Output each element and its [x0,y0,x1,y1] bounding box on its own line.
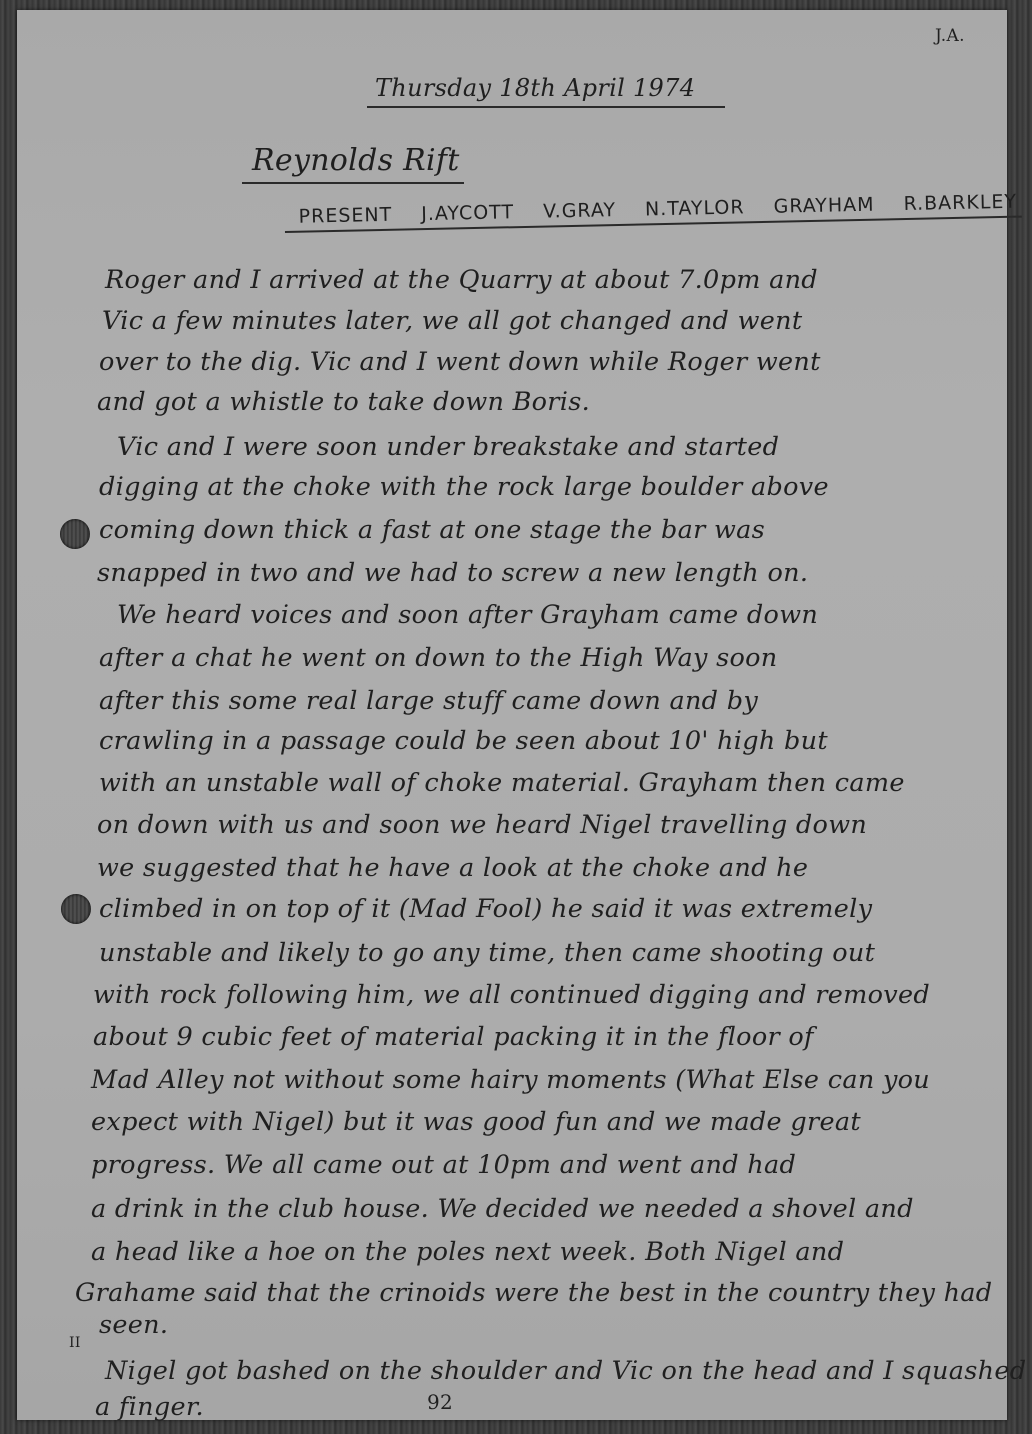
attendee: J.AYCOTT [421,201,514,225]
punch-hole-top [60,519,90,549]
present-label: PRESENT [298,204,392,228]
body-line: after a chat he went on down to the High… [99,643,778,673]
attendee: R.BARKLEY [903,191,1017,215]
body-line: with rock following him, we all continue… [93,980,930,1010]
body-line: and got a whistle to take down Boris. [97,387,590,417]
attendee: GRAYHAM [773,194,874,218]
footnote-marker: II [69,1335,81,1351]
body-line: crawling in a passage could be seen abou… [99,726,828,756]
body-line: climbed in on top of it (Mad Fool) he sa… [99,894,872,924]
body-line: a drink in the club house. We decided we… [91,1194,914,1224]
body-line: Grahame said that the crinoids were the … [75,1278,992,1308]
attendee: N.TAYLOR [645,196,745,220]
body-line: about 9 cubic feet of material packing i… [93,1022,814,1052]
body-line: coming down thick a fast at one stage th… [99,515,765,545]
entry-date: Thursday 18th April 1974 [367,74,725,108]
attendee: V.GRAY [543,199,616,223]
body-line: Vic a few minutes later, we all got chan… [102,306,802,336]
body-line: a head like a hoe on the poles next week… [91,1237,844,1267]
body-line: progress. We all came out at 10pm and we… [91,1150,796,1180]
notebook-page: J.A. Thursday 18th April 1974 Reynolds R… [17,10,1007,1420]
body-line: on down with us and soon we heard Nigel … [97,810,867,840]
body-line: digging at the choke with the rock large… [99,472,829,502]
body-line: expect with Nigel) but it was good fun a… [91,1107,861,1137]
body-line: with an unstable wall of choke material.… [99,768,905,798]
body-line: snapped in two and we had to screw a new… [97,558,808,588]
footnote-line: Nigel got bashed on the shoulder and Vic… [105,1356,1026,1386]
body-line: we suggested that he have a look at the … [97,853,808,883]
entry-title: Reynolds Rift [242,143,464,184]
body-line: Roger and I arrived at the Quarry at abo… [105,265,818,295]
body-line: over to the dig. Vic and I went down whi… [99,347,821,377]
body-line: Vic and I were soon under breakstake and… [117,432,779,462]
attendees-line: PRESENT J.AYCOTT V.GRAY N.TAYLOR GRAYHAM… [284,191,1021,233]
body-line: Mad Alley not without some hairy moments… [91,1065,930,1095]
page-number: 92 [427,1390,453,1414]
body-line: unstable and likely to go any time, then… [99,938,875,968]
footnote-line: a finger. [95,1392,204,1422]
punch-hole-bottom [61,894,91,924]
body-line: after this some real large stuff came do… [99,686,758,716]
body-line: seen. [99,1310,168,1340]
author-initials: J.A. [935,26,965,46]
body-line: We heard voices and soon after Grayham c… [117,600,818,630]
